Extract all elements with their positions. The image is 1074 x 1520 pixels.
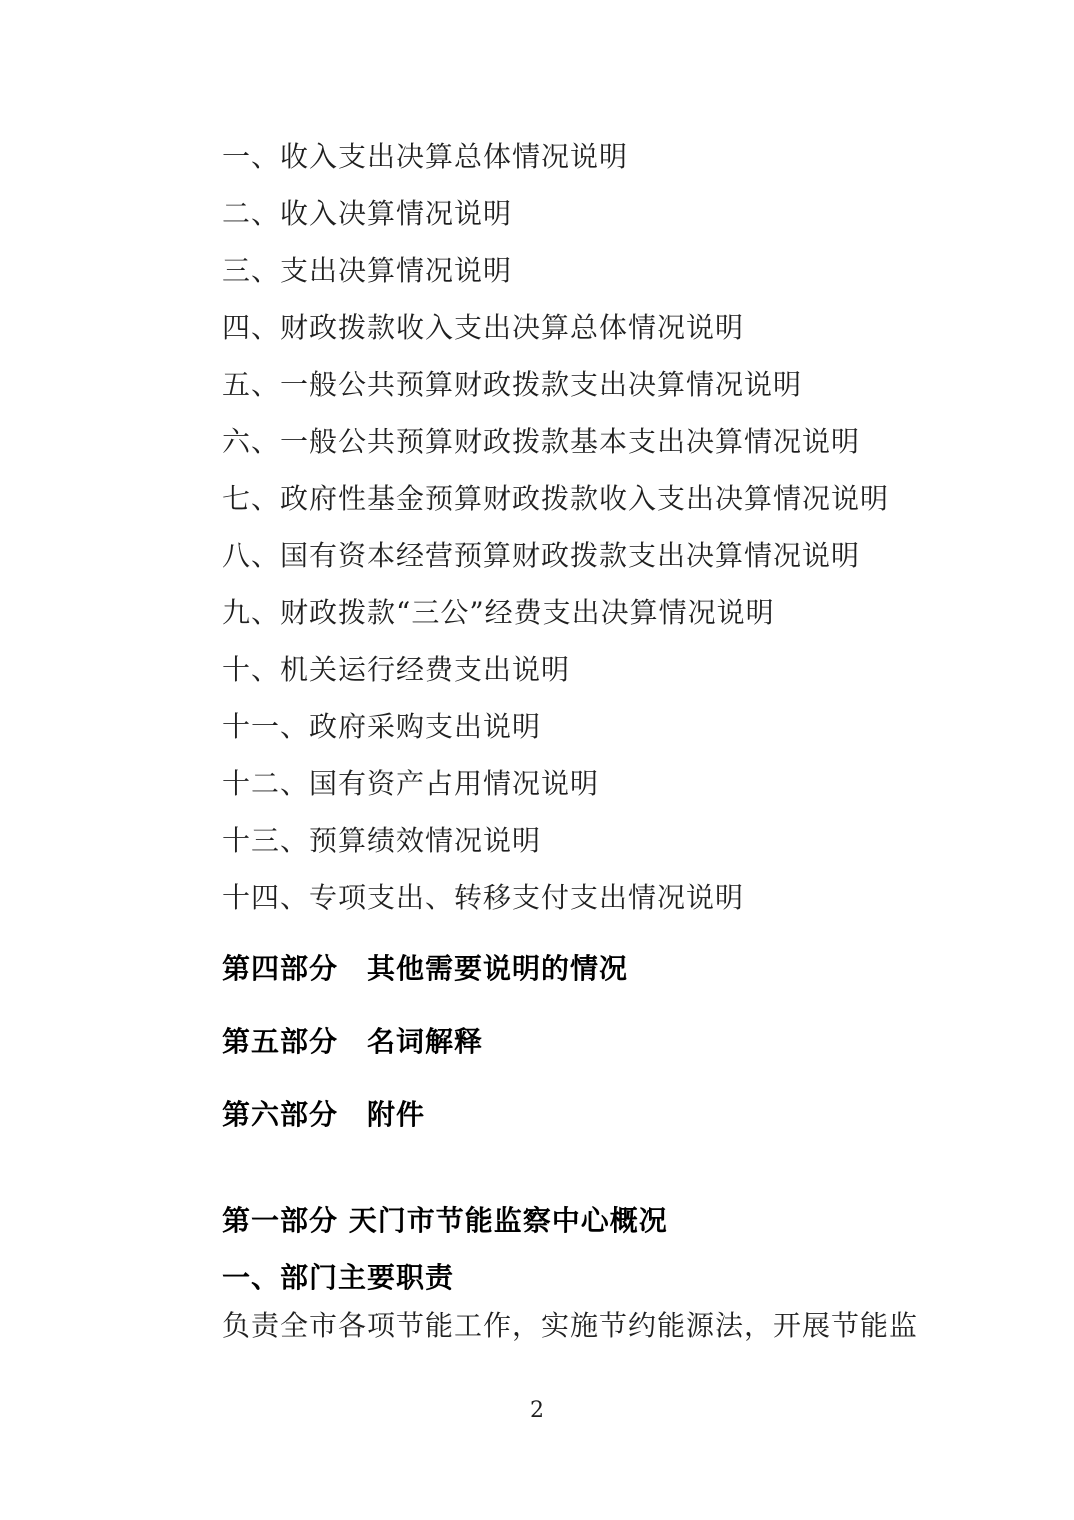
section-heading-part4: 第四部分 其他需要说明的情况	[222, 951, 628, 987]
body-paragraph-line: 负责全市各项节能工作，实施节约能源法，开展节能监	[222, 1308, 918, 1344]
document-page: 一、收入支出决算总体情况说明 二、收入决算情况说明 三、支出决算情况说明 四、财…	[0, 0, 1074, 1520]
toc-item-9: 九、财政拨款“三公”经费支出决算情况说明	[222, 584, 889, 641]
toc-item-5: 五、一般公共预算财政拨款支出决算情况说明	[222, 356, 889, 413]
duty-heading: 一、部门主要职责	[222, 1260, 454, 1296]
toc-item-6: 六、一般公共预算财政拨款基本支出决算情况说明	[222, 413, 889, 470]
table-of-contents: 一、收入支出决算总体情况说明 二、收入决算情况说明 三、支出决算情况说明 四、财…	[222, 128, 889, 926]
section-heading-part6: 第六部分 附件	[222, 1097, 425, 1133]
toc-item-13: 十三、预算绩效情况说明	[222, 812, 889, 869]
toc-item-12: 十二、国有资产占用情况说明	[222, 755, 889, 812]
toc-item-4: 四、财政拨款收入支出决算总体情况说明	[222, 299, 889, 356]
toc-item-2: 二、收入决算情况说明	[222, 185, 889, 242]
page-number: 2	[0, 1398, 1074, 1423]
part1-heading: 第一部分 天门市节能监察中心概况	[222, 1203, 668, 1239]
toc-item-1: 一、收入支出决算总体情况说明	[222, 128, 889, 185]
toc-item-11: 十一、政府采购支出说明	[222, 698, 889, 755]
toc-item-7: 七、政府性基金预算财政拨款收入支出决算情况说明	[222, 470, 889, 527]
toc-item-10: 十、机关运行经费支出说明	[222, 641, 889, 698]
section-heading-part5: 第五部分 名词解释	[222, 1024, 483, 1060]
toc-item-3: 三、支出决算情况说明	[222, 242, 889, 299]
toc-item-8: 八、国有资本经营预算财政拨款支出决算情况说明	[222, 527, 889, 584]
toc-item-14: 十四、专项支出、转移支付支出情况说明	[222, 869, 889, 926]
